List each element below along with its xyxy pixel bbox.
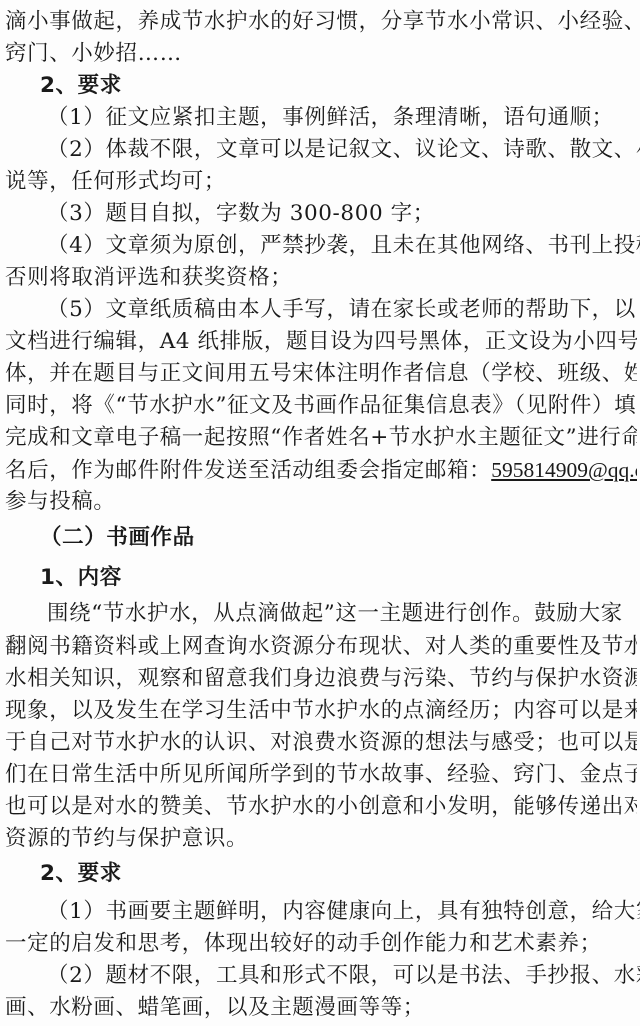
requirement-item-1: （1）征文应紧扣主题，事例鲜活，条理清晰，语句通顺； — [47, 103, 640, 133]
paragraph-line: 文档进行编辑，A4 纸排版，题目设为四号黑体，正文设为小四号宋 — [5, 327, 637, 357]
paragraph-line: 参与投稿。 — [5, 487, 637, 517]
paragraph-line: 于自己对节水护水的认识、对浪费水资源的想法与感受；也可以是我 — [5, 728, 637, 758]
requirement-item-3: （3）题目自拟，字数为 300-800 字； — [47, 199, 640, 229]
requirement-item-5: （5）文章纸质稿由本人手写，请在家长或老师的帮助下，以 word — [47, 295, 640, 325]
requirement-item-4: （4）文章须为原创，严禁抄袭，且未在其他网络、书刊上投稿； — [47, 231, 640, 261]
paragraph-line: 名后，作为邮件附件发送至活动组委会指定邮箱：595814909@qq.com — [5, 455, 637, 485]
paragraph-line: 同时，将《“节水护水”征文及书画作品征集信息表》（见附件）填写 — [5, 391, 637, 421]
paragraph-line: 资源的节约与保护意识。 — [5, 824, 637, 854]
email-link[interactable]: 595814909@qq.com — [491, 458, 637, 482]
section-heading-requirements: 2、要求 — [40, 71, 640, 101]
requirement-item-1: （1）书画要主题鲜明，内容健康向上，具有独特创意，给大家 — [47, 897, 640, 927]
paragraph-line: 水相关知识，观察和留意我们身边浪费与污染、节约与保护水资源的 — [5, 664, 637, 694]
email-prefix-text: 名后，作为邮件附件发送至活动组委会指定邮箱： — [5, 458, 491, 483]
section-heading-requirements-2: 2、要求 — [40, 859, 640, 889]
paragraph-line: 说等，任何形式均可； — [5, 167, 637, 197]
requirement-item-2: （2）体裁不限，文章可以是记叙文、议论文、诗歌、散文、小 — [47, 135, 640, 165]
paragraph-line: 滴小事做起，养成节水护水的好习惯，分享节水小常识、小经验、小 — [5, 7, 637, 37]
paragraph-line: 体，并在题目与正文间用五号宋体注明作者信息（学校、班级、姓名）； — [5, 359, 637, 389]
paragraph-line: 一定的启发和思考，体现出较好的动手创作能力和艺术素养； — [5, 929, 637, 959]
paragraph-line: 完成和文章电子稿一起按照“作者姓名+节水护水主题征文”进行命 — [5, 423, 637, 453]
paragraph-line: 现象，以及发生在学习生活中节水护水的点滴经历；内容可以是来源 — [5, 696, 637, 726]
section-heading-content: 1、内容 — [40, 563, 640, 593]
paragraph-line: 否则将取消评选和获奖资格； — [5, 263, 637, 293]
requirement-item-2: （2）题材不限，工具和形式不限，可以是书法、手抄报、水彩 — [47, 961, 640, 991]
paragraph-line: 画、水粉画、蜡笔画，以及主题漫画等等； — [5, 993, 637, 1023]
paragraph-line: 窍门、小妙招…… — [5, 39, 637, 69]
paragraph-line: 翻阅书籍资料或上网查询水资源分布现状、对人类的重要性及节水护 — [5, 632, 637, 662]
paragraph-line: 们在日常生活中所见所闻所学到的节水故事、经验、窍门、金点子； — [5, 760, 637, 790]
paragraph-line: 围绕“节水护水，从点滴做起”这一主题进行创作。鼓励大家 — [47, 599, 640, 629]
section-heading-calligraphy-painting: （二）书画作品 — [40, 523, 640, 553]
paragraph-line: 也可以是对水的赞美、节水护水的小创意和小发明，能够传递出对水 — [5, 792, 637, 822]
document-page: 滴小事做起，养成节水护水的好习惯，分享节水小常识、小经验、小 窍门、小妙招…… … — [0, 0, 640, 1026]
